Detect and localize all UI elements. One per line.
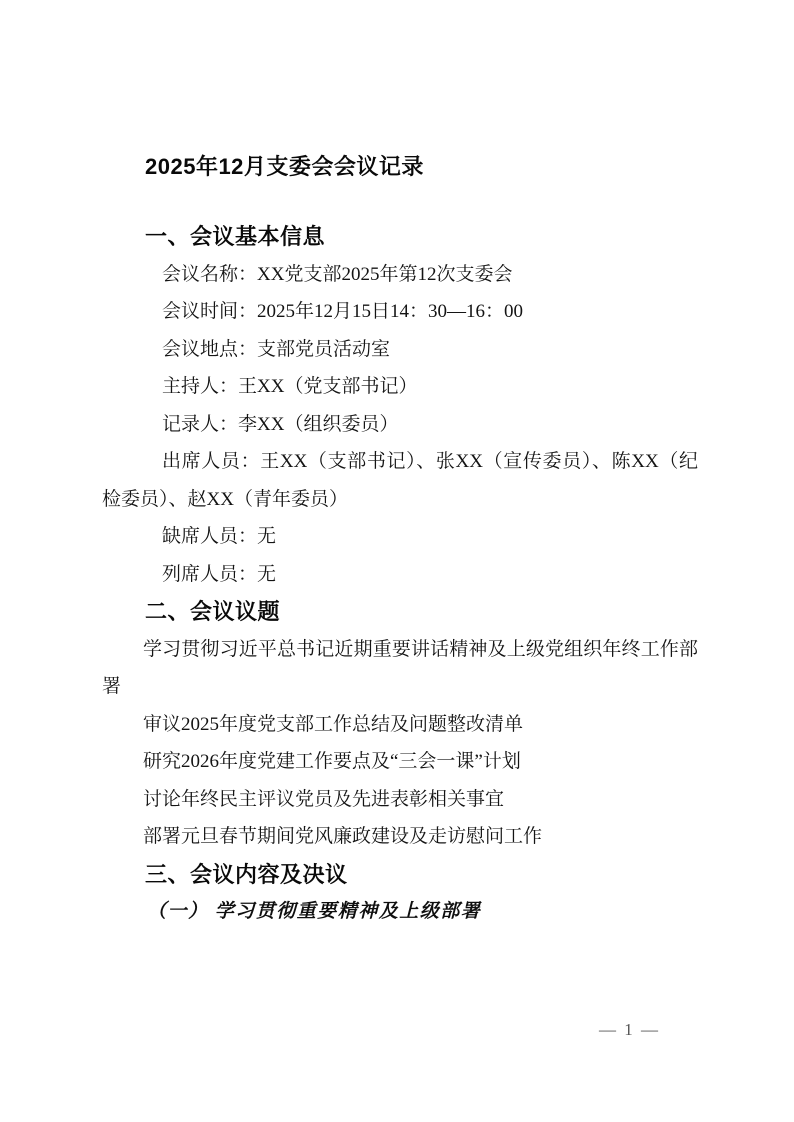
info-line-recorder: 记录人：李XX（组织委员）: [102, 406, 698, 444]
info-line-attendees: 出席人员：王XX（支部书记）、张XX（宣传委员）、陈XX（纪检委员）、赵XX（青…: [102, 443, 698, 518]
info-line-meeting-place: 会议地点：支部党员活动室: [102, 331, 698, 369]
document-body: 2025年12月支委会会议记录 一、会议基本信息 会议名称：XX党支部2025年…: [102, 0, 698, 931]
info-line-meeting-time: 会议时间：2025年12月15日14：30—16：00: [102, 293, 698, 331]
info-line-host: 主持人：王XX（党支部书记）: [102, 368, 698, 406]
section-heading-content-decisions: 三、会议内容及决议: [102, 856, 698, 894]
topic-item-holiday-arrangements: 部署元旦春节期间党风廉政建设及走访慰问工作: [102, 818, 698, 856]
subsection-heading-study-deploy: （一） 学习贯彻重要精神及上级部署: [102, 893, 698, 931]
topic-item-study-spirit: 学习贯彻习近平总书记近期重要讲话精神及上级党组织年终工作部署: [102, 631, 698, 706]
section-heading-topics: 二、会议议题: [102, 593, 698, 631]
info-line-observers: 列席人员：无: [102, 556, 698, 594]
topic-item-plan-2026: 研究2026年度党建工作要点及“三会一课”计划: [102, 743, 698, 781]
document-title: 2025年12月支委会会议记录: [102, 148, 698, 186]
title-gap: [102, 186, 698, 218]
info-line-absentees: 缺席人员：无: [102, 518, 698, 556]
section-heading-basic-info: 一、会议基本信息: [102, 218, 698, 256]
info-line-meeting-name: 会议名称：XX党支部2025年第12次支委会: [102, 256, 698, 294]
page-number: — 1 —: [599, 1020, 660, 1040]
topic-item-review-summary: 审议2025年度党支部工作总结及问题整改清单: [102, 706, 698, 744]
document-page: 2025年12月支委会会议记录 一、会议基本信息 会议名称：XX党支部2025年…: [0, 0, 794, 1122]
topic-item-year-end-review: 讨论年终民主评议党员及先进表彰相关事宜: [102, 781, 698, 819]
